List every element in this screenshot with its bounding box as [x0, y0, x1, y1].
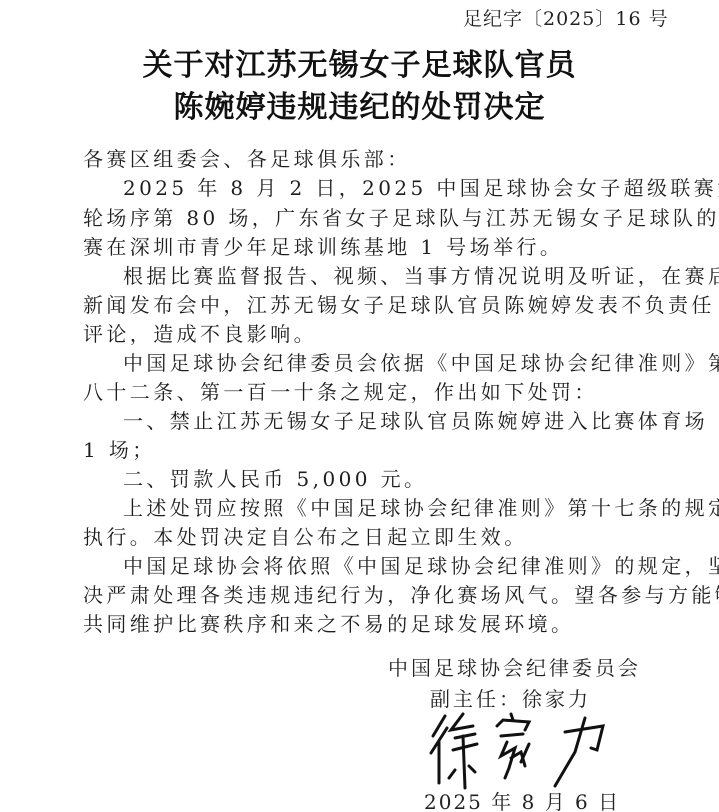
- body-line: 八十二条、第一百一十条之规定，作出如下处罚：: [83, 378, 598, 406]
- penalty-item-1-cont: 1 场；: [83, 436, 156, 464]
- body-line: 根据比赛监督报告、视频、当事方情况说明及听证，在赛后: [123, 262, 719, 290]
- body-line: 中国足球协会将依照《中国足球协会纪律准则》的规定，坚: [123, 552, 719, 580]
- penalty-item-2: 二、罚款人民币 5,000 元。: [123, 465, 427, 493]
- document-number: 足纪字〔2025〕16 号: [463, 4, 669, 31]
- body-line: 轮场序第 80 场，广东省女子足球队与江苏无锡女子足球队的比: [83, 204, 719, 232]
- body-line: 中国足球协会纪律委员会依据《中国足球协会纪律准则》第: [123, 349, 719, 377]
- handwritten-signature: [425, 708, 625, 793]
- body-line: 上述处罚应按照《中国足球协会纪律准则》第十七条的规定: [123, 494, 719, 522]
- signing-organization: 中国足球协会纪律委员会: [388, 652, 641, 681]
- body-line: 赛在深圳市青少年足球训练基地 1 号场举行。: [83, 233, 563, 261]
- body-line: 共同维护比赛秩序和来之不易的足球发展环境。: [83, 610, 574, 638]
- body-line: 新闻发布会中，江苏无锡女子足球队官员陈婉婷发表不负责任: [83, 291, 715, 319]
- body-line: 执行。本处罚决定自公布之日起立即生效。: [83, 523, 528, 551]
- document-title-line-2: 陈婉婷违规违纪的处罚决定: [0, 82, 719, 126]
- body-line: 2025 年 8 月 2 日，2025 中国足球协会女子超级联赛第十四: [123, 174, 719, 202]
- body-line: 评论，造成不良影响。: [83, 320, 317, 348]
- penalty-item-1: 一、禁止江苏无锡女子足球队官员陈婉婷进入比赛体育场: [123, 407, 708, 435]
- body-line: 决严肃处理各类违规违纪行为，净化赛场风气。望各参与方能够: [83, 581, 719, 609]
- document-title-line-1: 关于对江苏无锡女子足球队官员: [0, 40, 719, 84]
- salutation: 各赛区组委会、各足球俱乐部：: [83, 145, 411, 173]
- signing-date: 2025 年 8 月 6 日: [424, 786, 620, 812]
